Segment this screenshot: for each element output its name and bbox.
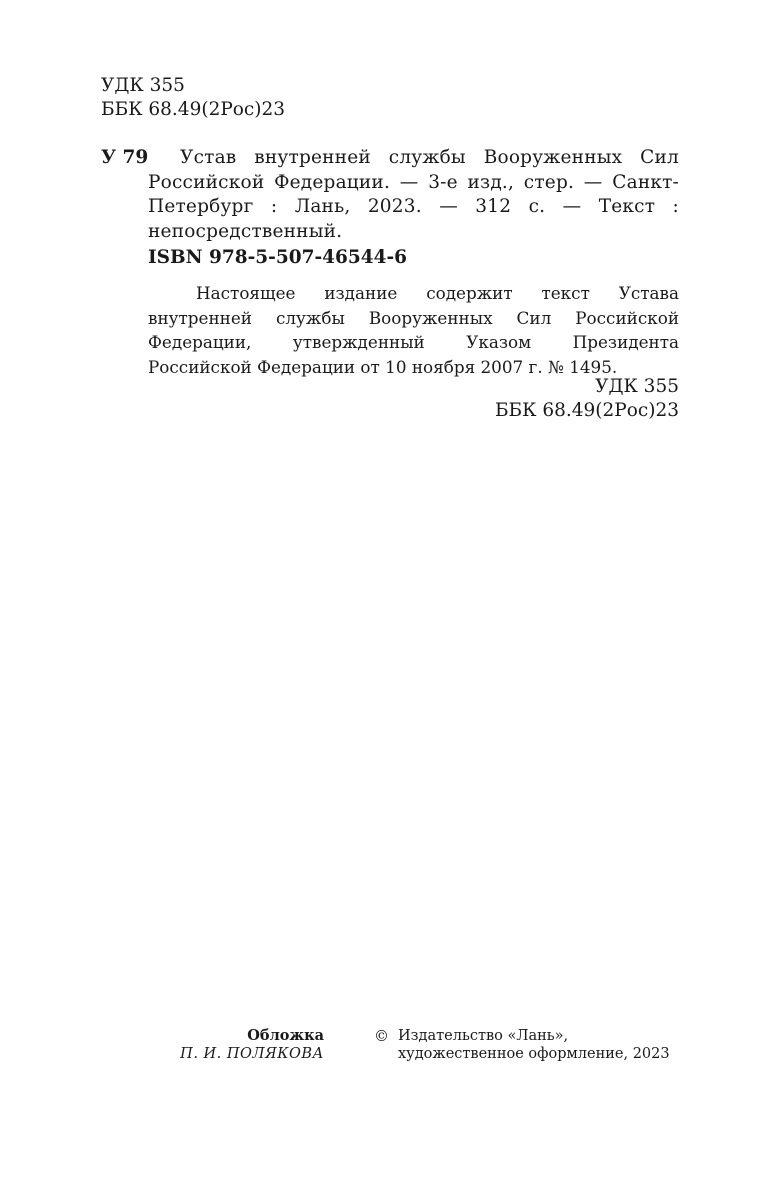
author-sign: У 79 — [101, 146, 148, 170]
udk-code: УДК 355 — [101, 74, 285, 98]
copyright-line-1: Издательство «Лань», — [398, 1027, 670, 1045]
catalog-entry: У 79 Устав внутренней службы Вооруженных… — [101, 146, 679, 244]
copyright-line-2: художественное оформление, 2023 — [398, 1045, 670, 1063]
book-imprint-page: УДК 355 ББК 68.49(2Рос)23 У 79 Устав вну… — [0, 0, 768, 1182]
cover-author: П. И. ПОЛЯКОВА — [180, 1045, 324, 1063]
classification-codes-right: УДК 355 ББК 68.49(2Рос)23 — [495, 375, 679, 423]
cover-credit: Обложка П. И. ПОЛЯКОВА — [180, 1027, 324, 1063]
copyright-notice: Издательство «Лань», художественное офор… — [398, 1027, 670, 1063]
isbn: ISBN 978-5-507-46544-6 — [148, 246, 407, 270]
cover-label: Обложка — [180, 1027, 324, 1045]
annotation: Настоящее издание содержит текст Устава … — [148, 281, 679, 379]
udk-code: УДК 355 — [495, 375, 679, 399]
bbk-code: ББК 68.49(2Рос)23 — [101, 98, 285, 122]
bbk-code: ББК 68.49(2Рос)23 — [495, 399, 679, 423]
bibliographic-description: Устав внутренней службы Вооруженных Сил … — [148, 146, 679, 244]
classification-codes-top: УДК 355 ББК 68.49(2Рос)23 — [101, 74, 285, 122]
copyright-icon: © — [374, 1027, 389, 1045]
